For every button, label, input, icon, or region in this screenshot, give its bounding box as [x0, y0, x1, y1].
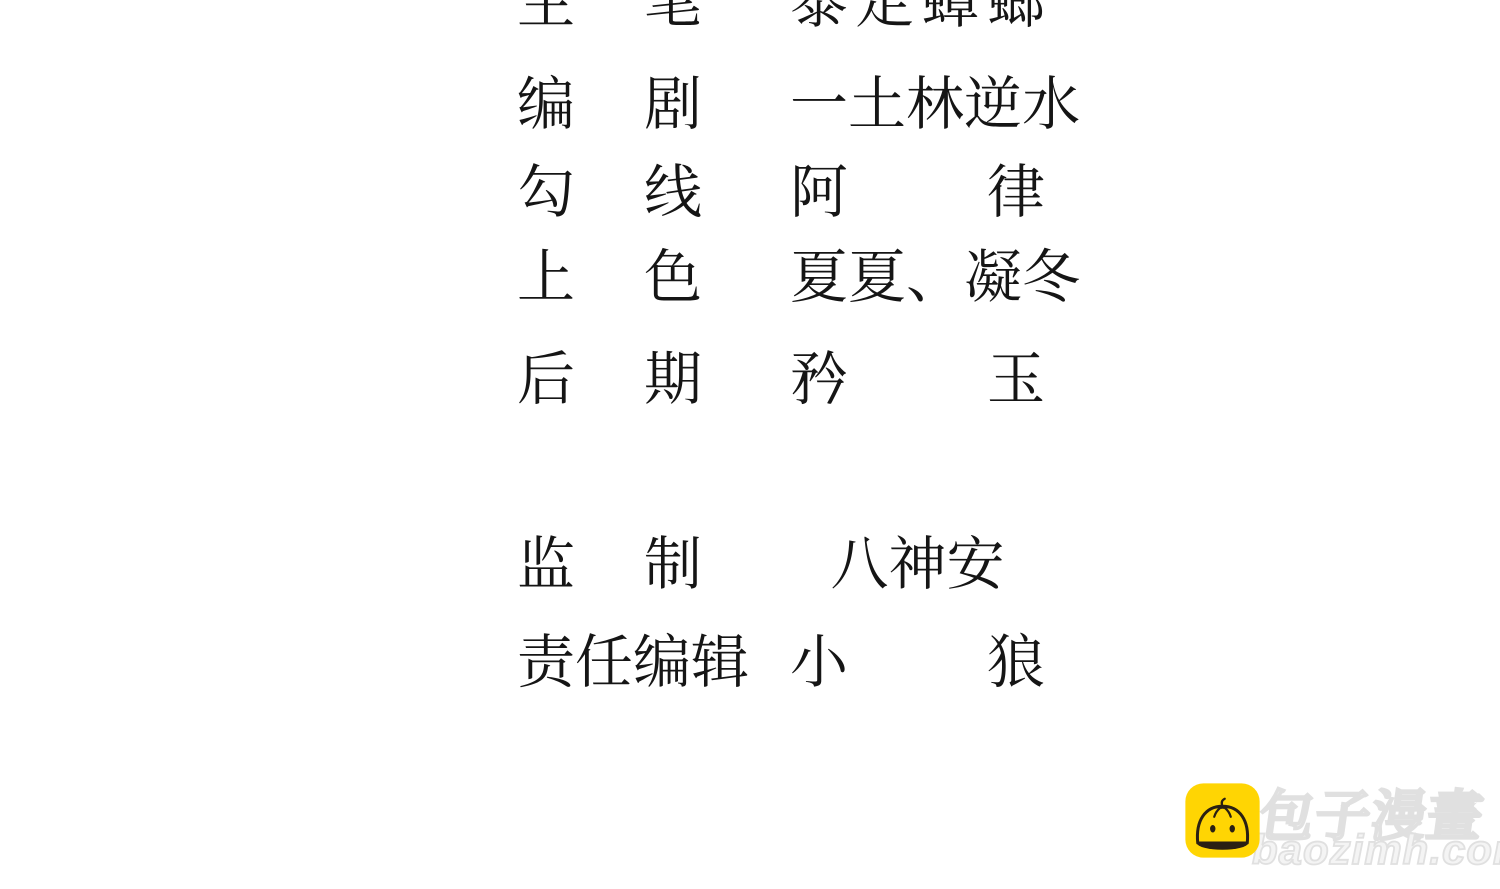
- credit-row: 后期 矜玉: [0, 350, 1500, 412]
- credit-row: 监制 八神安: [0, 535, 1500, 597]
- credit-row: 责任编辑 小狼: [0, 633, 1500, 695]
- artist-name: 小狼: [790, 633, 1045, 694]
- credit-row: 编剧 一土林逆水: [0, 75, 1500, 137]
- role-label: 主笔: [517, 0, 702, 34]
- watermark-domain-text: baozimh.com: [1252, 826, 1500, 874]
- artist-name: 八神安: [790, 535, 1045, 596]
- credit-row: 上色 夏夏、凝冬: [0, 248, 1500, 310]
- role-label: 监制: [517, 535, 702, 596]
- baozi-bun-icon: [1185, 783, 1260, 858]
- credit-row: 勾线 阿律: [0, 163, 1500, 225]
- role-label: 上色: [517, 248, 702, 309]
- baozimh-watermark: 包子漫畫 baozimh.com: [1170, 770, 1500, 889]
- artist-name: 阿律: [790, 163, 1045, 224]
- role-label: 勾线: [517, 163, 702, 224]
- role-label: 后期: [517, 350, 702, 411]
- credits-panel: 主笔 泰走蟑螂 编剧 一土林逆水 勾线 阿律 上色 夏夏、凝冬 后期 矜玉 监制…: [0, 0, 1500, 889]
- artist-name: 矜玉: [790, 350, 1045, 411]
- role-label: 编剧: [517, 75, 702, 136]
- artist-name: 一土林逆水: [790, 75, 1045, 136]
- artist-name: 夏夏、凝冬: [790, 248, 1045, 309]
- credit-row: 主笔 泰走蟑螂: [0, 0, 1500, 35]
- artist-name: 泰走蟑螂: [790, 0, 1045, 34]
- role-label: 责任编辑: [517, 633, 740, 694]
